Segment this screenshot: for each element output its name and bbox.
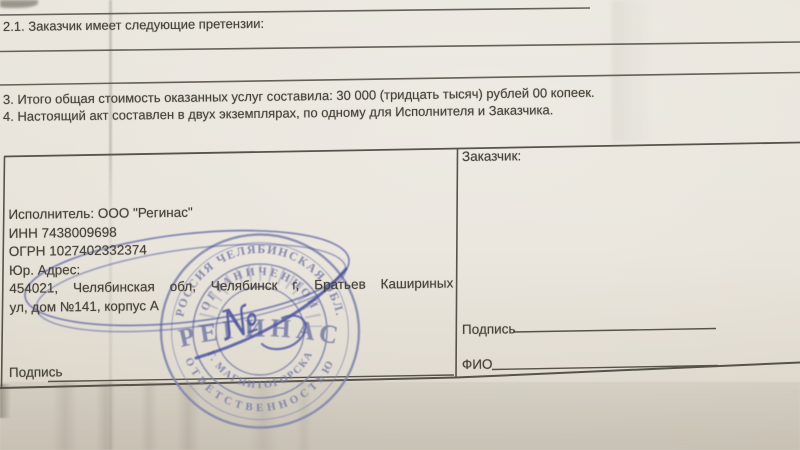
executor-signature-label: Подпись xyxy=(9,364,63,380)
table-border-top xyxy=(4,143,800,157)
customer-fio-label: ФИО xyxy=(462,357,493,372)
clause-2-1: 2.1. Заказчик имеет следующие претензии: xyxy=(3,16,264,34)
executor-details: Исполнитель: ООО "Регинас" ИНН 743800969… xyxy=(8,201,453,317)
ruled-line-after-clause-21 xyxy=(0,42,800,52)
ruled-line-top xyxy=(0,8,590,15)
customer-signature-label: Подпись xyxy=(462,321,516,337)
table-divider-vertical xyxy=(456,149,458,378)
customer-title: Заказчик: xyxy=(462,148,521,164)
table-border-left xyxy=(2,157,5,389)
scanned-document-page: РОССИЯ ЧЕЛЯБИНСКАЯ ОБЛ. ОТВЕТСТВЕННОСТЬЮ… xyxy=(0,0,800,450)
signature-line-customer xyxy=(513,329,716,333)
ruled-line-empty-claims xyxy=(0,73,800,86)
